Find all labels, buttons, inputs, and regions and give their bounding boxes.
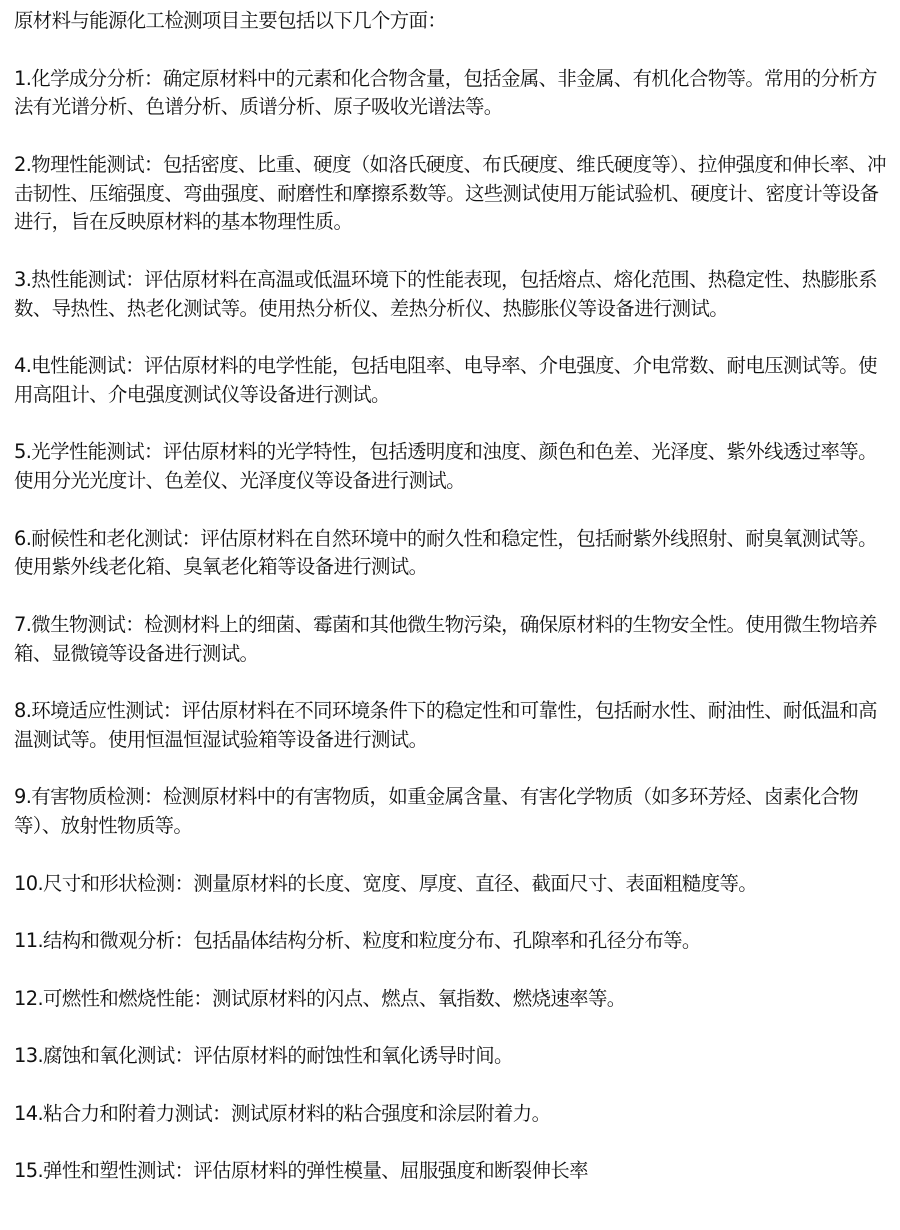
item-optical-properties: 5.光学性能测试：评估原材料的光学特性，包括透明度和浊度、颜色和色差、光泽度、紫… xyxy=(14,438,892,496)
intro-paragraph: 原材料与能源化工检测项目主要包括以下几个方面： xyxy=(14,7,892,36)
item-corrosion-oxidation: 13.腐蚀和氧化测试：评估原材料的耐蚀性和氧化诱导时间。 xyxy=(14,1042,892,1071)
item-microbial: 7.微生物测试：检测材料上的细菌、霉菌和其他微生物污染，确保原材料的生物安全性。… xyxy=(14,611,892,669)
item-structure-microanalysis: 11.结构和微观分析：包括晶体结构分析、粒度和粒度分布、孔隙率和孔径分布等。 xyxy=(14,927,892,956)
item-environmental-adaptability: 8.环境适应性测试：评估原材料在不同环境条件下的稳定性和可靠性，包括耐水性、耐油… xyxy=(14,697,892,755)
item-adhesion: 14.粘合力和附着力测试：测试原材料的粘合强度和涂层附着力。 xyxy=(14,1100,892,1129)
item-thermal-properties: 3.热性能测试：评估原材料在高温或低温环境下的性能表现，包括熔点、熔化范围、热稳… xyxy=(14,266,892,324)
item-elasticity-plasticity: 15.弹性和塑性测试：评估原材料的弹性模量、屈服强度和断裂伸长率 xyxy=(14,1157,892,1186)
item-physical-properties: 2.物理性能测试：包括密度、比重、硬度（如洛氏硬度、布氏硬度、维氏硬度等）、拉伸… xyxy=(14,151,892,237)
item-weathering-aging: 6.耐候性和老化测试：评估原材料在自然环境中的耐久性和稳定性，包括耐紫外线照射、… xyxy=(14,525,892,583)
item-electrical-properties: 4.电性能测试：评估原材料的电学性能，包括电阻率、电导率、介电强度、介电常数、耐… xyxy=(14,352,892,410)
item-chemical-composition: 1.化学成分分析：确定原材料中的元素和化合物含量，包括金属、非金属、有机化合物等… xyxy=(14,65,892,123)
item-dimension-shape: 10.尺寸和形状检测：测量原材料的长度、宽度、厚度、直径、截面尺寸、表面粗糙度等… xyxy=(14,870,892,899)
document-body: 原材料与能源化工检测项目主要包括以下几个方面： 1.化学成分分析：确定原材料中的… xyxy=(0,0,900,1186)
item-hazardous-substances: 9.有害物质检测：检测原材料中的有害物质，如重金属含量、有害化学物质（如多环芳烃… xyxy=(14,783,892,841)
item-flammability: 12.可燃性和燃烧性能：测试原材料的闪点、燃点、氧指数、燃烧速率等。 xyxy=(14,985,892,1014)
